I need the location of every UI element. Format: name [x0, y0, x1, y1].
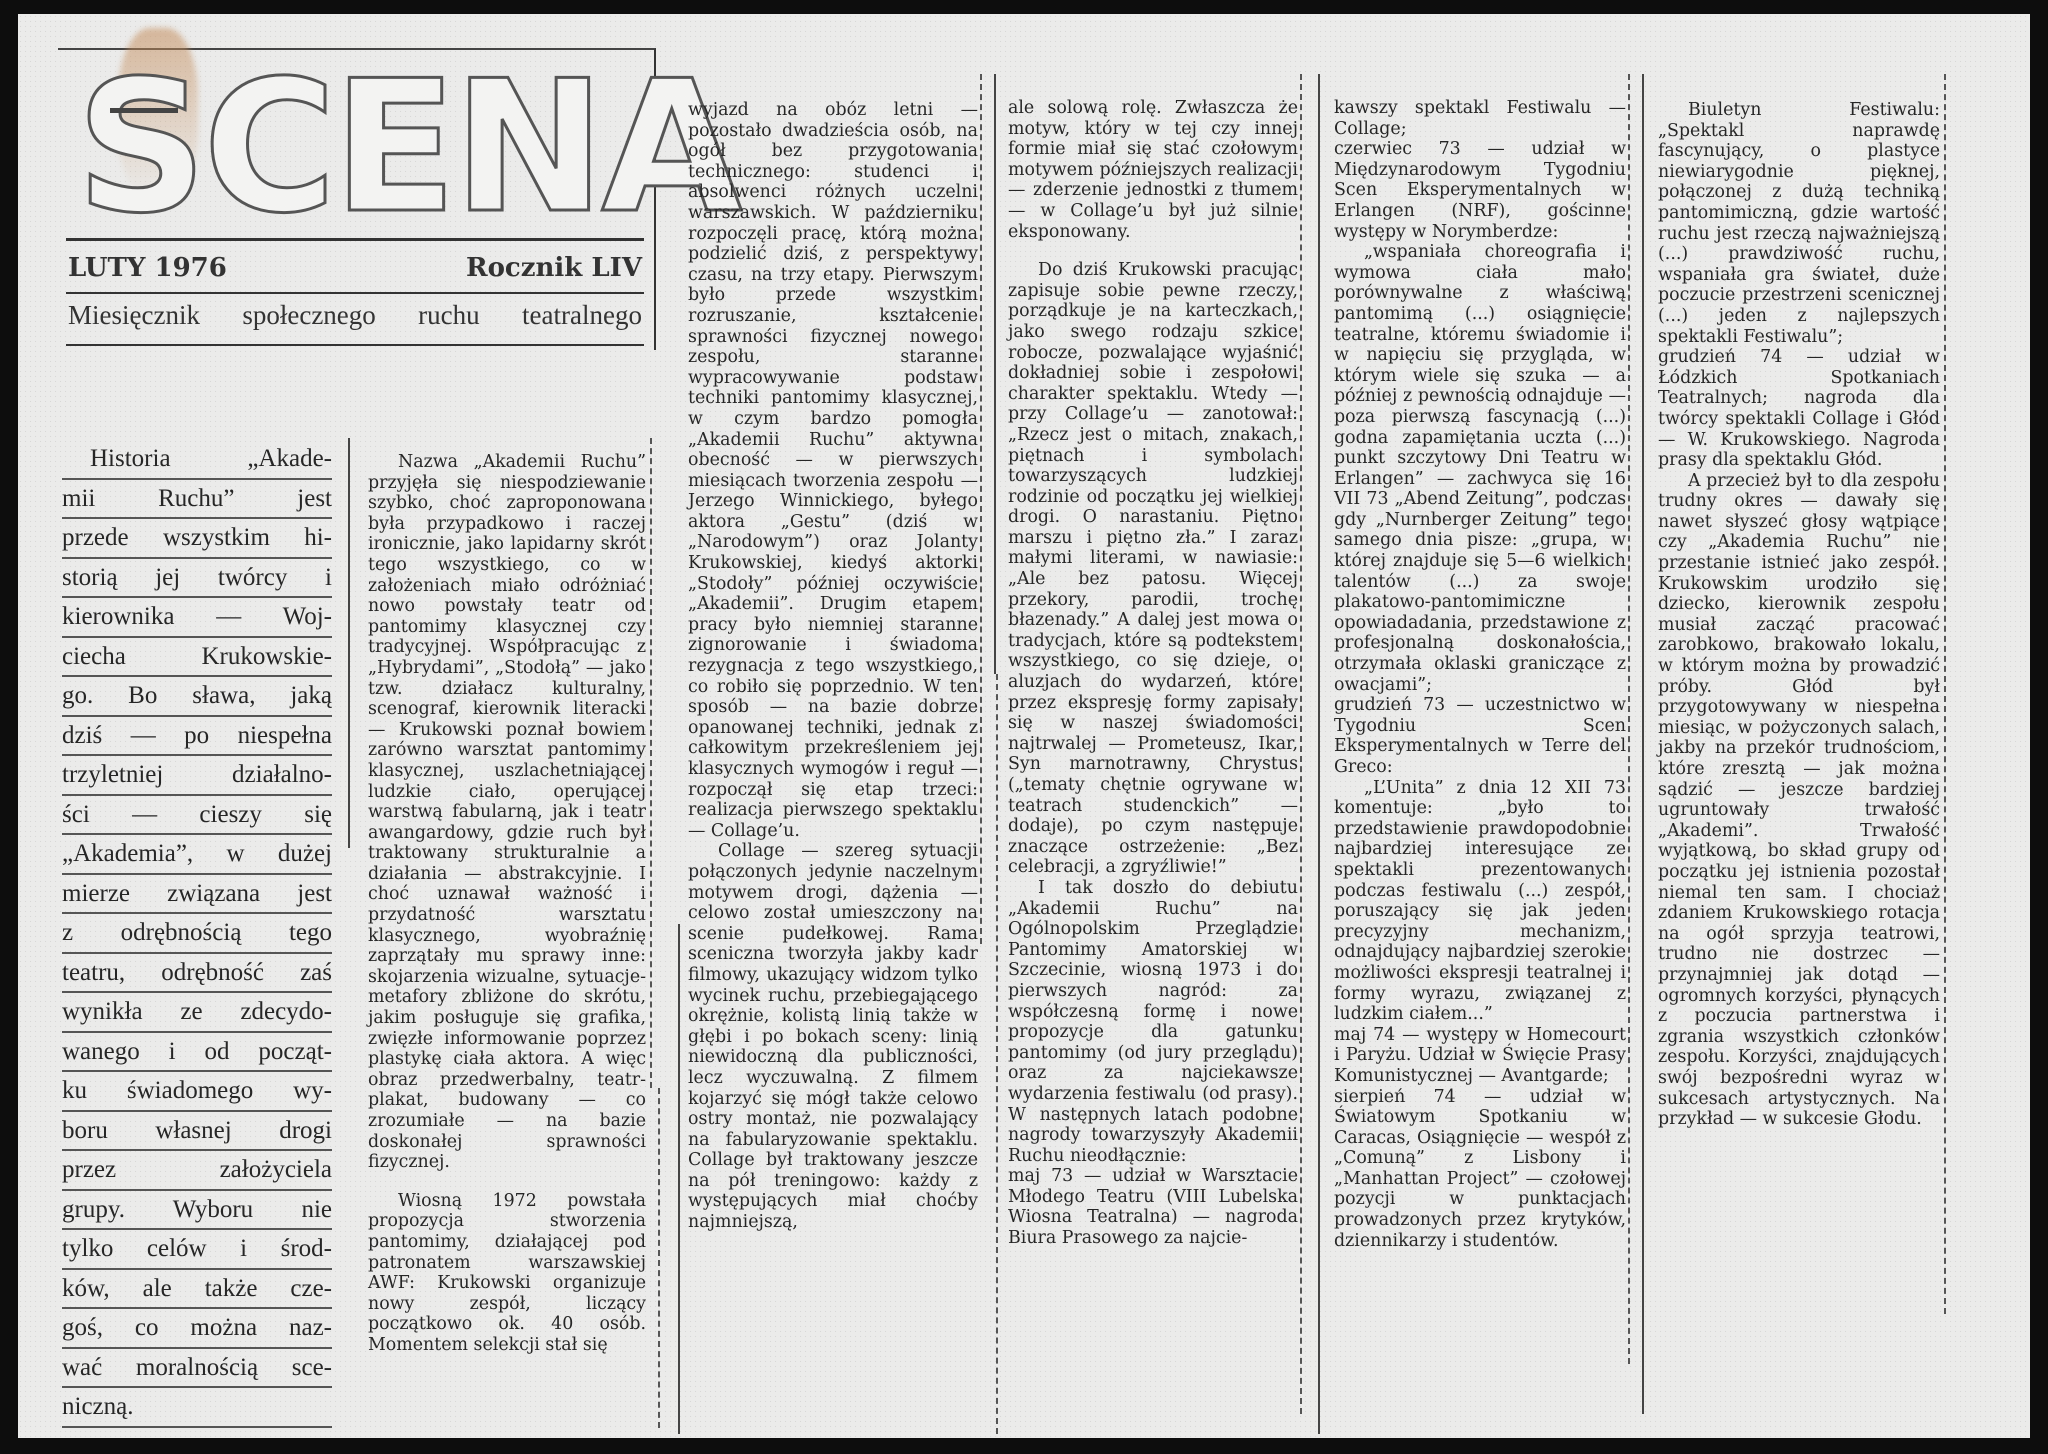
- press-quote: „L’Unita” z dnia 12 XII 73 komentuje: „b…: [1334, 778, 1626, 1025]
- article-column-6: Biuletyn Festiwalu: „Spektakl naprawdę f…: [1658, 100, 1940, 1130]
- subtitle-word: ruchu: [418, 300, 479, 331]
- paragraph: Nazwa „Akademii Ruchu” przyjęła się nies…: [368, 452, 646, 1173]
- masthead-rule: [66, 238, 644, 241]
- lead-line: go. Bo sława, jaką: [62, 677, 332, 717]
- column-divider: [678, 924, 680, 1434]
- lead-line: wynikła ze zdecydo-: [62, 993, 332, 1033]
- lead-line: przede wszystkim hi-: [62, 519, 332, 559]
- lead-line: przez założyciela: [62, 1151, 332, 1191]
- press-quote: „wspaniała choreografia i wymowa ciała m…: [1334, 242, 1626, 695]
- lead-line: goś, co można naz-: [62, 1309, 332, 1349]
- paragraph: Do dziś Krukowski pracując zapisuje sobi…: [1008, 260, 1298, 878]
- lead-line: ciecha Krukowskie-: [62, 638, 332, 678]
- lead-line: wanego i od począt-: [62, 1033, 332, 1073]
- paragraph: ale solową rolę. Zwłaszcza że motyw, któ…: [1008, 98, 1298, 242]
- column-divider: [650, 438, 652, 1088]
- lead-line: kierownika — Woj-: [62, 598, 332, 638]
- lead-line: trzyletniej działalno-: [62, 756, 332, 796]
- award-entry: maj 73 — udział w Warsztacie Młodego Tea…: [1008, 1166, 1298, 1248]
- column-divider: [996, 674, 998, 1434]
- masthead-subtitle: Miesięcznik społecznego ruchu teatralneg…: [68, 290, 642, 340]
- paragraph: wyjazd na obóz letni — pozostało dwadzie…: [688, 100, 978, 841]
- lead-line: mii Ruchu” jest: [62, 480, 332, 520]
- column-divider: [1300, 74, 1302, 1414]
- masthead: SCENA LUTY 1976 Rocznik LIV Miesięcznik …: [58, 48, 656, 350]
- paragraph: A przecież był to dla zespołu trudny okr…: [1658, 471, 1940, 1130]
- masthead-rule: [66, 344, 644, 346]
- lead-line: ści — cieszy się: [62, 796, 332, 836]
- article-column-2: Nazwa „Akademii Ruchu” przyjęła się nies…: [368, 452, 646, 1356]
- press-quote: Biuletyn Festiwalu: „Spektakl naprawdę f…: [1658, 100, 1940, 347]
- award-entry: sierpień 74 — udział w Światowym Spotkan…: [1334, 1087, 1626, 1252]
- column-divider: [658, 1088, 660, 1428]
- paragraph: kawszy spektakl Festiwalu — Collage;: [1334, 98, 1626, 139]
- lead-line: teatru, odrębność zaś: [62, 954, 332, 994]
- magazine-logo: SCENA: [76, 62, 646, 232]
- paragraph: Collage — szereg sytuacji połączonych je…: [688, 841, 978, 1232]
- lead-line: z odrębnością tego: [62, 914, 332, 954]
- subtitle-word: Miesięcznik: [68, 300, 200, 331]
- lead-line: „Akademia”, w dużej: [62, 835, 332, 875]
- column-divider: [1944, 74, 1946, 1314]
- article-column-3: wyjazd na obóz letni — pozostało dwadzie…: [688, 100, 978, 1233]
- issue-date: LUTY 1976: [68, 253, 227, 283]
- lead-line: ków, ale także cze-: [62, 1270, 332, 1310]
- lead-line: Historia „Akade-: [62, 440, 332, 480]
- award-entry: grudzień 73 — uczestnictwo w Tygodniu Sc…: [1334, 695, 1626, 777]
- lead-line: niczną.: [62, 1388, 332, 1428]
- logo-accent-bar: [110, 108, 178, 113]
- column-divider: [994, 74, 996, 674]
- lead-line: tylko celów i środ-: [62, 1230, 332, 1270]
- lead-line: grupy. Wyboru nie: [62, 1191, 332, 1231]
- volume-number: Rocznik LIV: [466, 253, 642, 283]
- lead-line: storią jej twórcy i: [62, 559, 332, 599]
- article-column-5: kawszy spektakl Festiwalu — Collage; cze…: [1334, 98, 1626, 1251]
- subtitle-word: teatralnego: [522, 300, 642, 331]
- lead-line: ku świadomego wy-: [62, 1072, 332, 1112]
- lead-line: dziś — po niespełna: [62, 717, 332, 757]
- column-divider: [1628, 74, 1630, 1364]
- column-divider: [1642, 74, 1644, 1414]
- lead-line: mierze związana jest: [62, 875, 332, 915]
- award-entry: czerwiec 73 — udział w Międzynarodowym T…: [1334, 139, 1626, 242]
- newspaper-clipping: SCENA LUTY 1976 Rocznik LIV Miesięcznik …: [18, 14, 2030, 1438]
- paragraph: Wiosną 1972 powstała propozycja stworzen…: [368, 1191, 646, 1356]
- lead-column: Historia „Akade- mii Ruchu” jest przede …: [62, 440, 332, 1428]
- subtitle-word: społecznego: [242, 300, 375, 331]
- column-divider: [348, 438, 350, 848]
- dateline: LUTY 1976 Rocznik LIV: [68, 246, 642, 290]
- article-column-4: ale solową rolę. Zwłaszcza że motyw, któ…: [1008, 98, 1298, 1249]
- lead-line: wać moralnością sce-: [62, 1349, 332, 1389]
- award-entry: maj 74 — występy w Homecourt i Paryżu. U…: [1334, 1025, 1626, 1087]
- column-divider: [1318, 74, 1320, 1434]
- award-entry: grudzień 74 — udział w Łódzkich Spotkani…: [1658, 347, 1940, 471]
- column-divider: [980, 74, 982, 944]
- lead-line: boru własnej drogi: [62, 1112, 332, 1152]
- paragraph: I tak doszło do debiutu „Akademii Ruchu”…: [1008, 878, 1298, 1166]
